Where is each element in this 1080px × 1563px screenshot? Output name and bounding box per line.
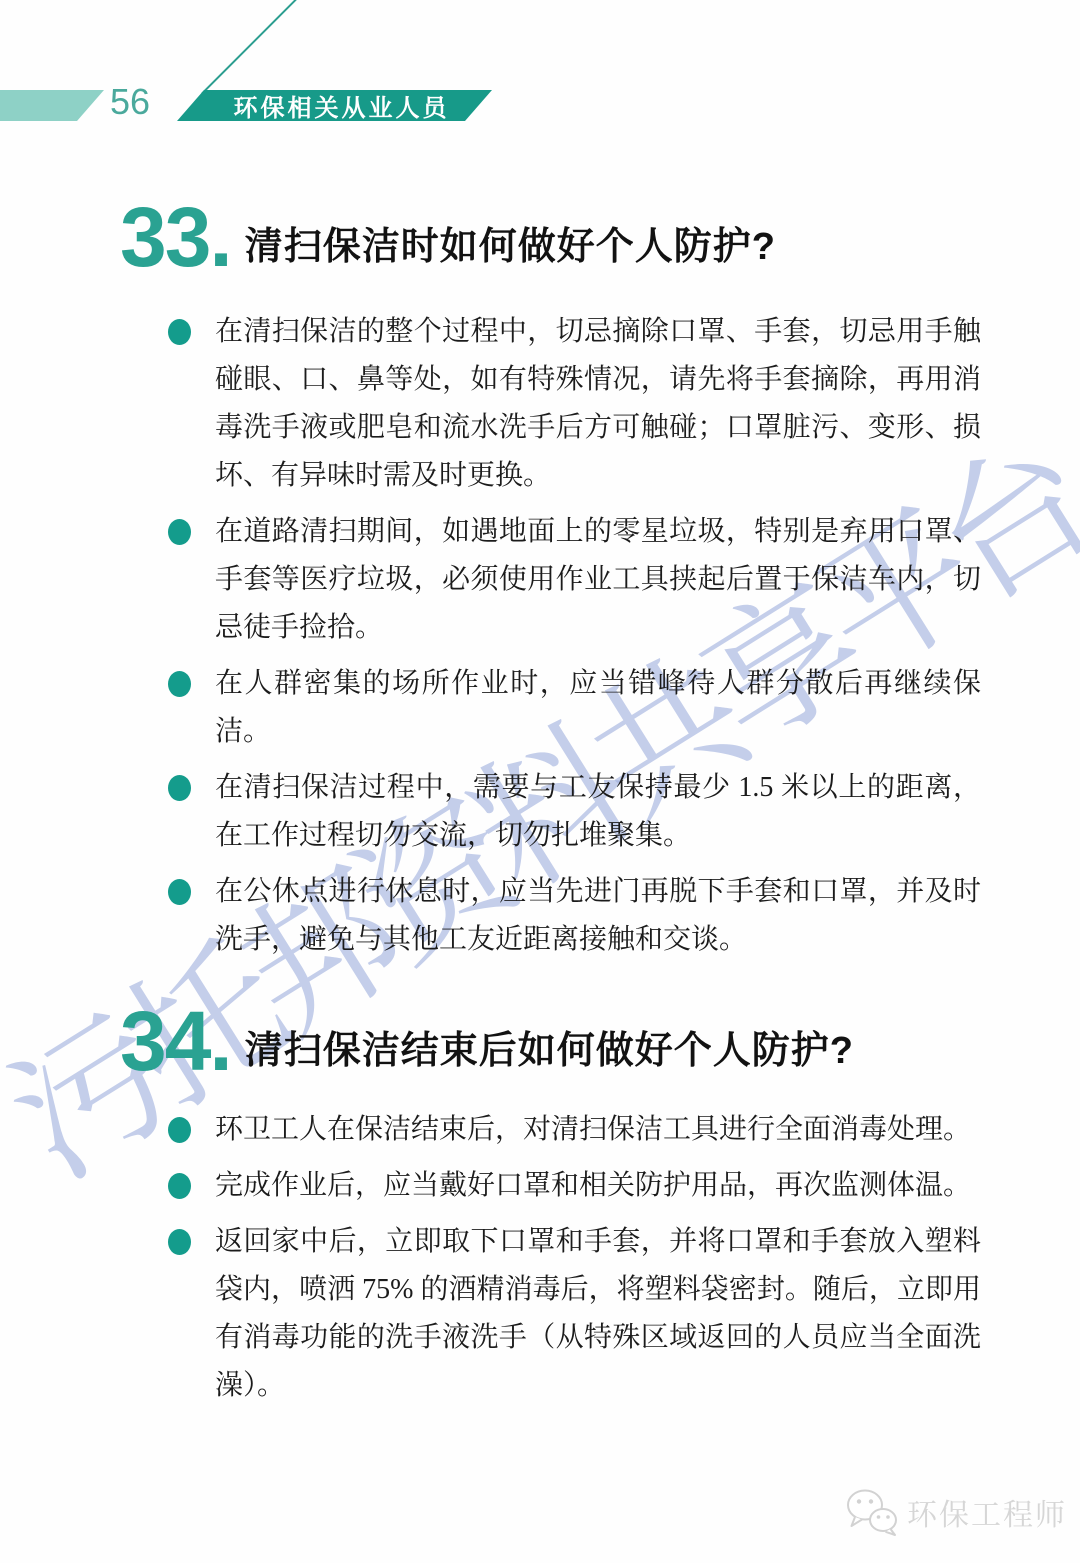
header-banner: 环保相关从业人员 — [177, 90, 492, 121]
list-item: 在清扫保洁过程中，需要与工友保持最少 1.5 米以上的距离，在工作过程切勿交流，… — [168, 764, 981, 860]
section-33-header: 33. 清扫保洁时如何做好个人防护? — [120, 196, 776, 278]
bullet-text: 在人群密集的场所作业时，应当错峰待人群分散后再继续保洁。 — [215, 668, 981, 747]
header-diagonal-line — [201, 0, 296, 94]
bullet-dot-icon — [168, 1173, 191, 1199]
section-34-bullet-list: 环卫工人在保洁结束后，对清扫保洁工具进行全面消毒处理。 完成作业后，应当戴好口罩… — [168, 1106, 981, 1410]
bullet-dot-icon — [168, 319, 191, 345]
bullet-text: 在清扫保洁的整个过程中，切忌摘除口罩、手套，切忌用手触碰眼、口、鼻等处，如有特殊… — [215, 316, 981, 491]
bullet-dot-icon — [168, 1117, 191, 1143]
list-item: 返回家中后，立即取下口罩和手套，并将口罩和手套放入塑料袋内，喷洒 75% 的酒精… — [168, 1218, 981, 1410]
section-34-number: 34. — [120, 1000, 231, 1082]
bullet-text: 在道路清扫期间，如遇地面上的零星垃圾，特别是弃用口罩、手套等医疗垃圾，必须使用作… — [215, 516, 981, 643]
section-34-title: 清扫保洁结束后如何做好个人防护? — [245, 1019, 854, 1074]
section-34-header: 34. 清扫保洁结束后如何做好个人防护? — [120, 1000, 854, 1082]
bullet-text: 在清扫保洁过程中，需要与工友保持最少 1.5 米以上的距离，在工作过程切勿交流，… — [215, 772, 981, 851]
bullet-dot-icon — [168, 775, 191, 801]
wechat-icon — [845, 1488, 899, 1536]
header-banner-label: 环保相关从业人员 — [220, 88, 450, 123]
list-item: 在清扫保洁的整个过程中，切忌摘除口罩、手套，切忌用手触碰眼、口、鼻等处，如有特殊… — [168, 308, 981, 500]
list-item: 在人群密集的场所作业时，应当错峰待人群分散后再继续保洁。 — [168, 660, 981, 756]
header-corner-shape — [0, 90, 104, 121]
bullet-text: 环卫工人在保洁结束后，对清扫保洁工具进行全面消毒处理。 — [215, 1114, 971, 1145]
section-33-title: 清扫保洁时如何做好个人防护? — [245, 215, 776, 270]
bullet-text: 在公休点进行休息时，应当先进门再脱下手套和口罩，并及时洗手，避免与其他工友近距离… — [215, 876, 981, 955]
list-item: 完成作业后，应当戴好口罩和相关防护用品，再次监测体温。 — [168, 1162, 981, 1210]
document-page: 污托邦资料共享平台 56 环保相关从业人员 33. 清扫保洁时如何做好个人防护?… — [0, 0, 1080, 1563]
section-33-number: 33. — [120, 196, 231, 278]
bullet-dot-icon — [168, 671, 191, 697]
bullet-dot-icon — [168, 519, 191, 545]
section-33-bullet-list: 在清扫保洁的整个过程中，切忌摘除口罩、手套，切忌用手触碰眼、口、鼻等处，如有特殊… — [168, 308, 981, 964]
list-item: 在道路清扫期间，如遇地面上的零星垃圾，特别是弃用口罩、手套等医疗垃圾，必须使用作… — [168, 508, 981, 652]
page-number: 56 — [110, 84, 150, 120]
footer-brand-label: 环保工程师 — [907, 1490, 1067, 1534]
bullet-dot-icon — [168, 1229, 191, 1255]
bullet-text: 返回家中后，立即取下口罩和手套，并将口罩和手套放入塑料袋内，喷洒 75% 的酒精… — [215, 1226, 981, 1401]
bullet-dot-icon — [168, 879, 191, 905]
list-item: 在公休点进行休息时，应当先进门再脱下手套和口罩，并及时洗手，避免与其他工友近距离… — [168, 868, 981, 964]
bullet-text: 完成作业后，应当戴好口罩和相关防护用品，再次监测体温。 — [215, 1170, 971, 1201]
list-item: 环卫工人在保洁结束后，对清扫保洁工具进行全面消毒处理。 — [168, 1106, 981, 1154]
footer-brand: 环保工程师 — [845, 1488, 1067, 1536]
